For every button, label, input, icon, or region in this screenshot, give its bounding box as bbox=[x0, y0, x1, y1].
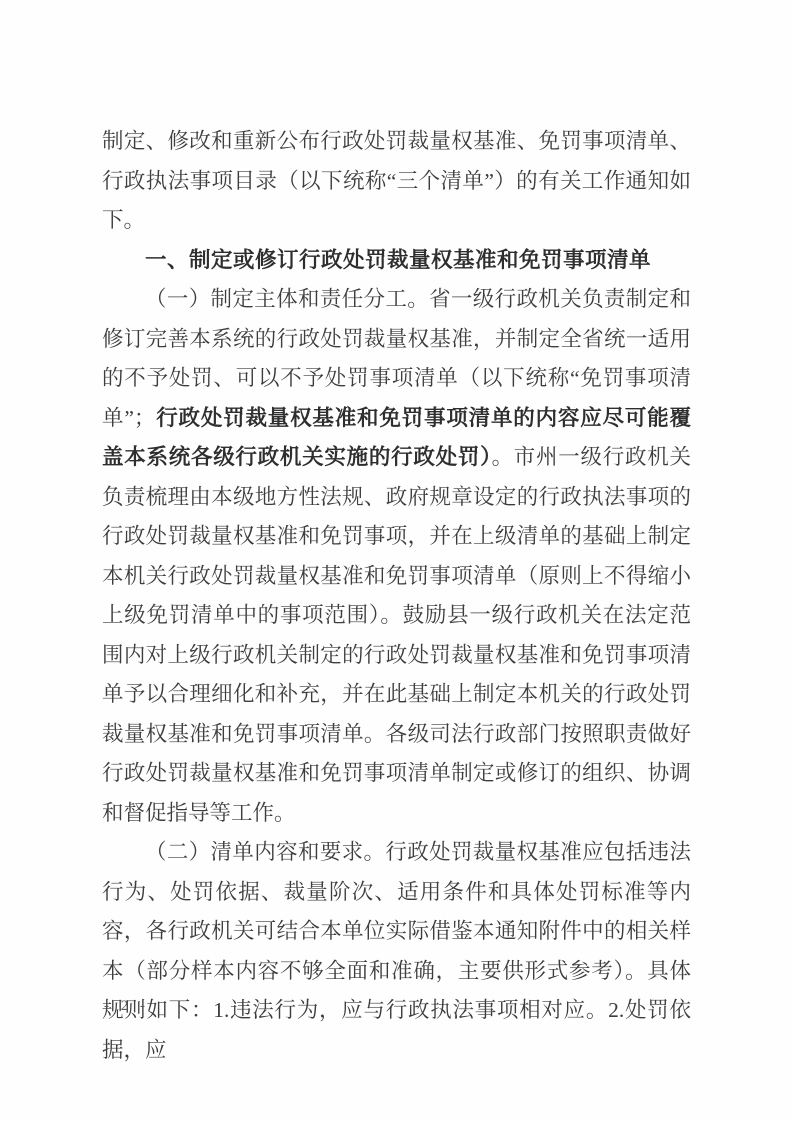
paragraph-item-2: （二）清单内容和要求。行政处罚裁量权基准应包括违法行为、处罚依据、裁量阶次、适用… bbox=[102, 833, 691, 1070]
paragraph-run: 。市州一级行政机关负责梳理由本级地方性法规、政府规章设定的行政执法事项的行政处罚… bbox=[102, 445, 691, 825]
paragraph-item-1: （一）制定主体和责任分工。省一级行政机关负责制定和修订完善本系统的行政处罚裁量权… bbox=[102, 280, 691, 833]
paragraph-run: （二）清单内容和要求。行政处罚裁量权基准应包括违法行为、处罚依据、裁量阶次、适用… bbox=[102, 840, 691, 1062]
continuation-paragraph: 制定、修改和重新公布行政处罚裁量权基准、免罚事项清单、行政执法事项目录（以下统称… bbox=[102, 122, 691, 241]
page-number: - 2 - bbox=[104, 998, 149, 1015]
document-body: 制定、修改和重新公布行政处罚裁量权基准、免罚事项清单、行政执法事项目录（以下统称… bbox=[102, 122, 691, 1070]
paragraph-run: 制定、修改和重新公布行政处罚裁量权基准、免罚事项清单、行政执法事项目录（以下统称… bbox=[102, 129, 691, 232]
section-heading-one: 一、制定或修订行政处罚裁量权基准和免罚事项清单 bbox=[102, 241, 691, 281]
paragraph-run: 一、制定或修订行政处罚裁量权基准和免罚事项清单 bbox=[145, 248, 651, 272]
scanned-document-page: 制定、修改和重新公布行政处罚裁量权基准、免罚事项清单、行政执法事项目录（以下统称… bbox=[0, 0, 793, 1121]
